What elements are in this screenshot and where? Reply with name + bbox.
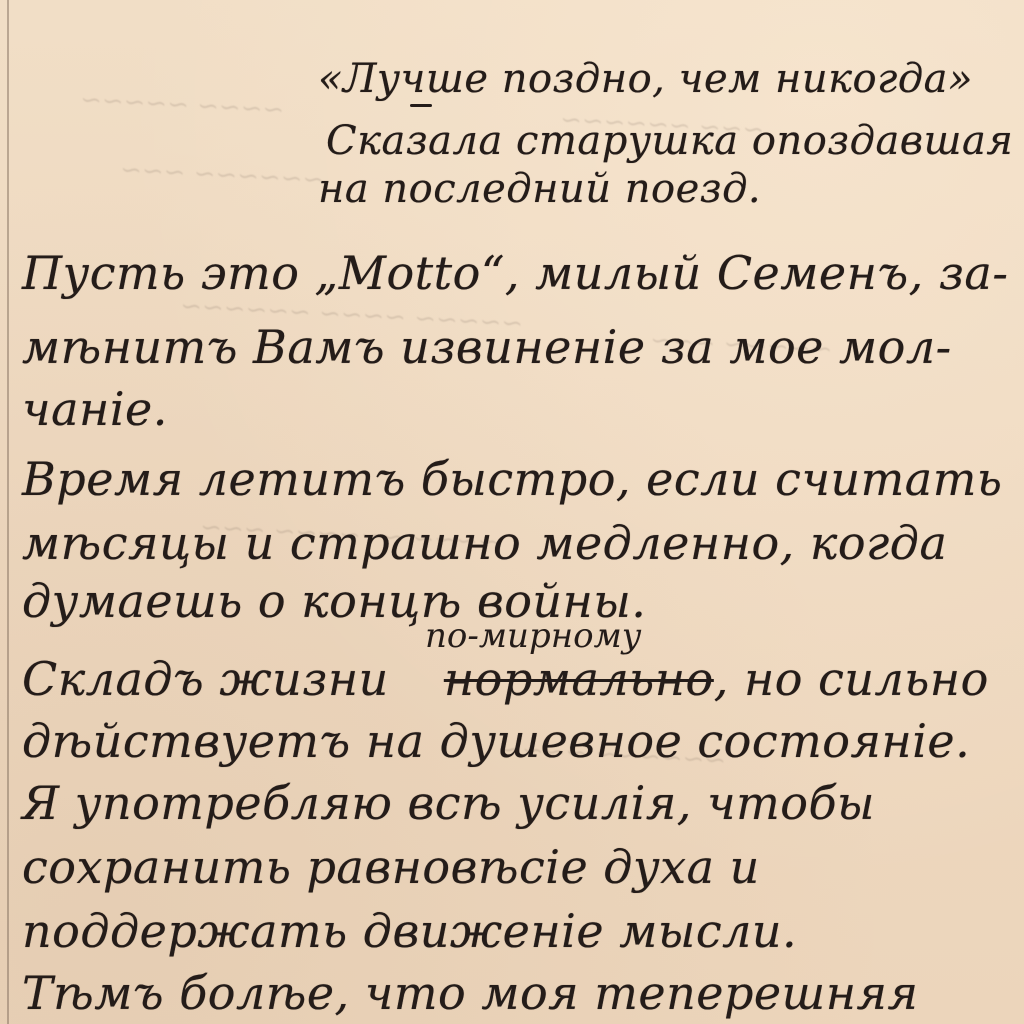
epigraph-line-2: Сказала старушка опоздавшая	[326, 118, 1013, 164]
body-line-12: Тѣмъ болѣе, что моя теперешняя	[22, 966, 918, 1020]
body-line-7-end: , но сильно	[714, 652, 989, 706]
underline-mark	[410, 104, 432, 107]
body-line-3: чаніе.	[22, 382, 168, 436]
left-margin-line	[7, 0, 9, 1024]
body-line-2: мѣнитъ Вамъ извиненіе за мое мол-	[22, 320, 952, 374]
body-line-10: сохранить равновѣсіе духа и	[22, 840, 760, 894]
body-line-4: Время летитъ быстро, если считать	[22, 452, 1002, 506]
body-line-8: дѣйствуетъ на душевное состояніе.	[22, 714, 970, 768]
body-line-7: Складъ жизни нормально, но сильно	[22, 652, 989, 706]
epigraph-line-3: на последний поезд.	[318, 166, 761, 212]
body-line-11: поддержать движеніе мысли.	[22, 904, 797, 958]
inserted-correction: по-мирному	[425, 616, 641, 656]
body-line-1: Пусть это „Motto“, милый Семенъ, за-	[22, 246, 1008, 300]
struck-word: нормально	[444, 652, 714, 706]
body-line-5: мѣсяцы и страшно медленно, когда	[22, 516, 947, 570]
epigraph-line-1: «Лучше поздно, чем никогда»	[318, 56, 973, 102]
body-line-7-start: Складъ жизни	[22, 652, 389, 706]
body-line-9: Я употребляю всѣ усилія, чтобы	[22, 776, 875, 830]
